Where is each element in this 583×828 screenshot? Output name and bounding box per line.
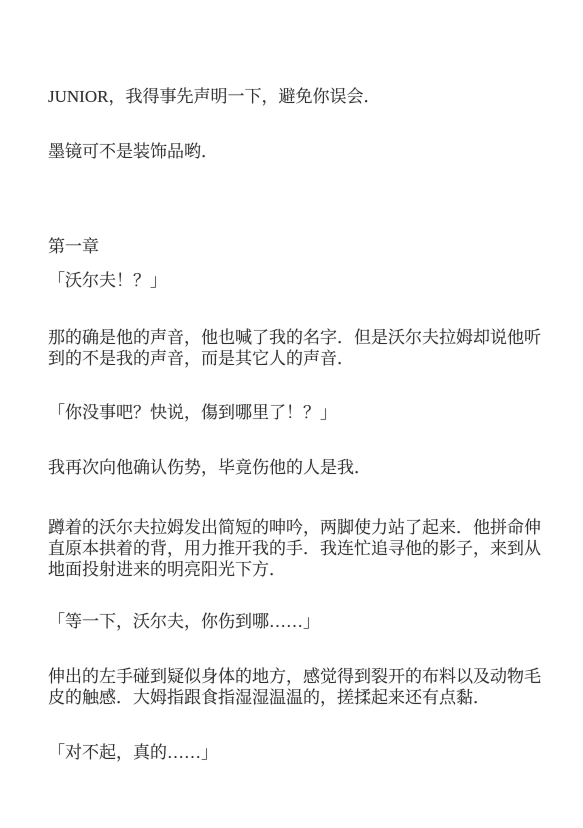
document-page: JUNIOR，我得事先声明一下，避免你误会． 墨镜可不是装饰品哟． 第一章 「沃… [0, 0, 583, 828]
narration-touch-wound: 伸出的左手碰到疑似身体的地方，感觉得到裂开的布料以及动物毛皮的触感．大姆指跟食指… [48, 666, 544, 708]
narration-voice-paragraph: 那的确是他的声音，他也喊了我的名字．但是沃尔夫拉姆却说他听到的不是我的声音，而是… [48, 327, 544, 369]
narration-wolfram-stands: 蹲着的沃尔夫拉姆发出简短的呻吟，两脚使力站了起来．他拼命伸直原本拱着的背，用力推… [48, 517, 544, 580]
narration-junior-disclaimer: JUNIOR，我得事先声明一下，避免你误会． [48, 86, 544, 107]
dialogue-wolf-exclaim: 「沃尔夫！？」 [48, 270, 544, 291]
dialogue-wait-wolf: 「等一下，沃尔夫，你伤到哪……」 [48, 611, 544, 632]
narration-confirm-injury: 我再次向他确认伤势，毕竟伤他的人是我． [48, 457, 544, 478]
chapter-heading: 第一章 [48, 236, 544, 257]
dialogue-apology: 「对不起，真的……」 [48, 742, 544, 763]
dialogue-are-you-ok: 「你没事吧？快说，傷到哪里了！？」 [48, 402, 544, 423]
narration-sunglasses: 墨镜可不是装饰品哟． [48, 141, 544, 162]
